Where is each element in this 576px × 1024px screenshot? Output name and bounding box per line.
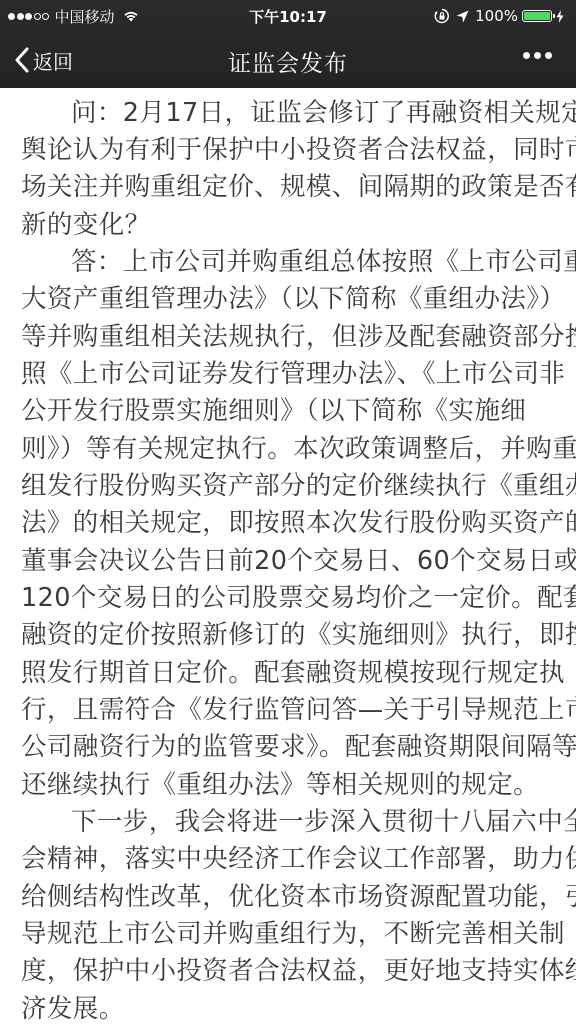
paragraph-2-line: 公开发行股票实施细则》（以下简称《实施细 <box>21 393 526 430</box>
charging-bolt-icon <box>556 10 564 23</box>
paragraph-2-line: 照发行期首日定价。配套融资规模按现行规定执 <box>21 655 565 692</box>
paragraph-1-line: 问：2月17日，证监会修订了再融资相关规定， <box>71 95 576 132</box>
status-right: 100% <box>434 6 570 26</box>
paragraph-3-line: 会精神，落实中央经济工作会议工作部署，助力供 <box>21 841 576 878</box>
paragraph-2-line: 等并购重组相关法规执行，但涉及配套融资部分按 <box>21 319 576 356</box>
paragraph-2-line: 大资产重组管理办法》（以下简称《重组办法》） <box>21 281 565 318</box>
nav-bar: 返回 证监会发布 <box>0 32 576 88</box>
battery-percent: 100% <box>475 7 518 25</box>
paragraph-2-line: 照《上市公司证券发行管理办法》、《上市公司非 <box>21 356 565 393</box>
paragraph-2-line: 董事会决议公告日前20个交易日、60个交易日或者 <box>21 543 576 580</box>
paragraph-1-line: 场关注并购重组定价、规模、间隔期的政策是否有 <box>21 169 576 206</box>
paragraph-1-line: 新的变化？ <box>21 207 151 244</box>
more-dot <box>523 52 530 59</box>
paragraph-3-line: 给侧结构性改革，优化资本市场资源配置功能，引 <box>21 879 576 916</box>
battery-tip <box>553 14 555 18</box>
paragraph-2-line: 120个交易日的公司股票交易均价之一定价。配套 <box>21 580 576 617</box>
paragraph-2-line: 答：上市公司并购重组总体按照《上市公司重 <box>71 244 576 281</box>
paragraph-1-line: 舆论认为有利于保护中小投资者合法权益，同时市 <box>21 132 576 169</box>
battery-icon <box>522 10 552 22</box>
paragraph-2-line: 还继续执行《重组办法》等相关规则的规定。 <box>21 767 539 804</box>
battery-fill <box>524 12 550 20</box>
more-options-button[interactable] <box>519 52 552 59</box>
paragraph-2-line: 则》）等有关规定执行。本次政策调整后，并购重 <box>21 431 576 468</box>
paragraph-3-line: 导规范上市公司并购重组行为，不断完善相关制 <box>21 916 565 953</box>
more-dot <box>545 52 552 59</box>
paragraph-2-line: 法》的相关规定，即按照本次发行股份购买资产的 <box>21 505 576 542</box>
paragraph-2-line: 融资的定价按照新修订的《实施细则》执行，即按 <box>21 617 576 654</box>
orientation-lock-icon <box>434 8 450 24</box>
article-content[interactable]: 问：2月17日，证监会修订了再融资相关规定， 舆论认为有利于保护中小投资者合法权… <box>0 88 576 1024</box>
app-header: 中国移动 下午10:17 100% <box>0 0 576 88</box>
more-dot <box>534 52 541 59</box>
status-bar: 中国移动 下午10:17 100% <box>0 0 576 32</box>
location-arrow-icon <box>456 10 469 23</box>
paragraph-3-line: 下一步，我会将进一步深入贯彻十八届六中全 <box>71 804 576 841</box>
page-title: 证监会发布 <box>0 45 576 78</box>
paragraph-3-line: 济发展。 <box>21 991 125 1024</box>
paragraph-2-line: 组发行股份购买资产部分的定价继续执行《重组办 <box>21 468 576 505</box>
paragraph-3-line: 度，保护中小投资者合法权益，更好地支持实体经 <box>21 953 576 990</box>
paragraph-2-line: 行，且需符合《发行监管问答—关于引导规范上市 <box>21 692 576 729</box>
paragraph-2-line: 公司融资行为的监管要求》。配套融资期限间隔等 <box>21 729 576 766</box>
